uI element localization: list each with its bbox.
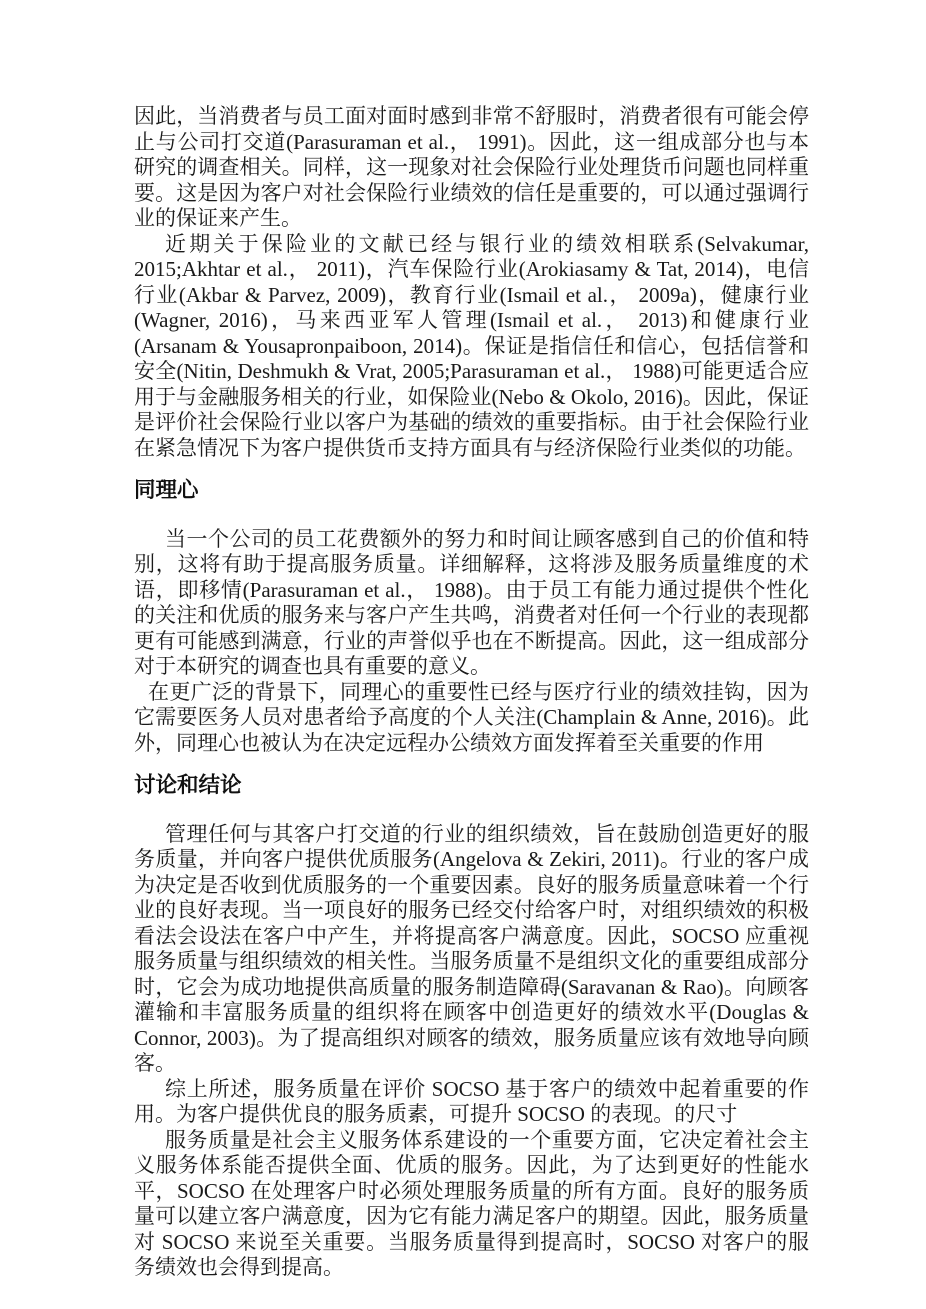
paragraph-service-quality-conclusion: 服务质量是社会主义服务体系建设的一个重要方面，它决定着社会主义服务体系能否提供全… bbox=[134, 1128, 809, 1281]
document-page: 因此，当消费者与员工面对面时感到非常不舒服时，消费者很有可能会停止与公司打交道(… bbox=[0, 0, 926, 1309]
section-heading-empathy: 同理心 bbox=[134, 478, 809, 504]
paragraph-discussion-organizational-performance: 管理任何与其客户打交道的行业的组织绩效，旨在鼓励创造更好的服务质量，并向客户提供… bbox=[134, 822, 809, 1077]
section-heading-discussion-conclusion: 讨论和结论 bbox=[134, 773, 809, 799]
paragraph-summary-socso: 综上所述，服务质量在评价 SOCSO 基于客户的绩效中起着重要的作用。为客户提供… bbox=[134, 1077, 809, 1128]
paragraph-empathy-service-quality: 当一个公司的员工花费额外的努力和时间让顾客感到自己的价值和特别，这将有助于提高服… bbox=[134, 527, 809, 680]
paragraph-insurance-literature: 近期关于保险业的文献已经与银行业的绩效相联系(Selvakumar, 2015;… bbox=[134, 232, 809, 462]
paragraph-empathy-healthcare: 在更广泛的背景下，同理心的重要性已经与医疗行业的绩效挂钩，因为它需要医务人员对患… bbox=[134, 680, 809, 757]
paragraph-trust-continuation: 因此，当消费者与员工面对面时感到非常不舒服时，消费者很有可能会停止与公司打交道(… bbox=[134, 104, 809, 232]
